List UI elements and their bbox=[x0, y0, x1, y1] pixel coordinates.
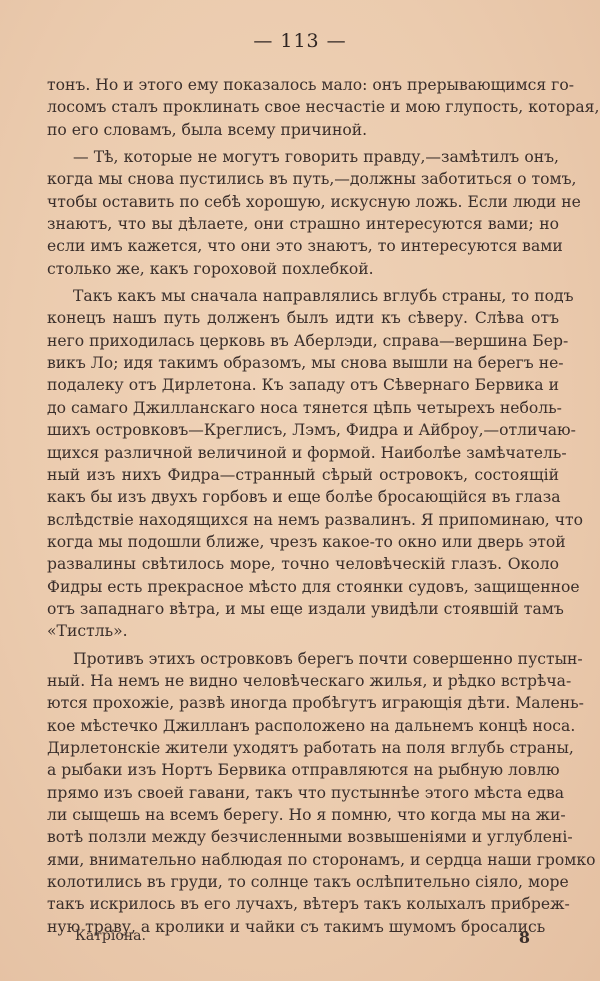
text-line: конецъ нашъ путь долженъ былъ идти къ сѣ… bbox=[47, 307, 559, 329]
text-line: развалины свѣтилось море, точно человѣче… bbox=[47, 553, 559, 575]
text-line: когда мы снова пустились въ путь,—должны… bbox=[47, 168, 559, 190]
paragraph: тонъ. Но и этого ему показалось мало: он… bbox=[47, 74, 559, 141]
text-line: прямо изъ своей гавани, такъ что пустынн… bbox=[47, 782, 559, 804]
text-line: него приходилась церковь въ Аберлэди, сп… bbox=[47, 330, 559, 352]
text-line: тонъ. Но и этого ему показалось мало: он… bbox=[47, 74, 559, 96]
paragraph: — Тѣ, которые не могутъ говорить правду,… bbox=[47, 146, 559, 280]
text-line: по его словамъ, была всему причиной. bbox=[47, 119, 559, 141]
page-number: — 113 — bbox=[0, 30, 600, 52]
text-line: вотѣ ползли между безчисленными возвышен… bbox=[47, 826, 559, 848]
text-line: такъ искрилось въ его лучахъ, вѣтеръ так… bbox=[47, 893, 559, 915]
running-title: Катріона. bbox=[75, 928, 146, 947]
signature-mark: 8 bbox=[519, 928, 530, 947]
text-line: шихъ островковъ—Креглисъ, Лэмъ, Фидра и … bbox=[47, 419, 559, 441]
text-line: подалеку отъ Дирлетона. Къ западу отъ Сѣ… bbox=[47, 374, 559, 396]
text-line: Дирлетонскіе жители уходятъ работать на … bbox=[47, 737, 559, 759]
text-line: чтобы оставить по себѣ хорошую, искусную… bbox=[47, 191, 559, 213]
text-line: лосомъ сталъ проклинать свое несчастіе и… bbox=[47, 96, 559, 118]
text-line: до самаго Джилланскаго носа тянется цѣпь… bbox=[47, 397, 559, 419]
paragraph: Такъ какъ мы сначала направлялись вглубь… bbox=[47, 285, 559, 643]
text-line: колотились въ груди, то солнце такъ ослѣ… bbox=[47, 871, 559, 893]
text-line: Фидры есть прекрасное мѣсто для стоянки … bbox=[47, 576, 559, 598]
text-line: отъ западнаго вѣтра, и мы еще издали уви… bbox=[47, 598, 559, 620]
text-line: ли сыщешь на всемъ берегу. Но я помню, ч… bbox=[47, 804, 559, 826]
body-text: тонъ. Но и этого ему показалось мало: он… bbox=[47, 74, 559, 938]
text-line: ный изъ нихъ Фидра—странный сѣрый остров… bbox=[47, 464, 559, 486]
text-line: викъ Ло; идя такимъ образомъ, мы снова в… bbox=[47, 352, 559, 374]
text-line: когда мы подошли ближе, чрезъ какое-то о… bbox=[47, 531, 559, 553]
page-footer: Катріона. 8 bbox=[75, 928, 530, 947]
text-line: ями, внимательно наблюдая по сторонамъ, … bbox=[47, 849, 559, 871]
text-line: «Тистль». bbox=[47, 620, 559, 642]
text-line: ный. На немъ не видно человѣческаго жиль… bbox=[47, 670, 559, 692]
text-line: — Тѣ, которые не могутъ говорить правду,… bbox=[47, 146, 559, 168]
text-line: Противъ этихъ островковъ берегъ почти со… bbox=[47, 648, 559, 670]
text-line: щихся различной величиной и формой. Наиб… bbox=[47, 442, 559, 464]
text-line: ются прохожіе, развѣ иногда пробѣгутъ иг… bbox=[47, 692, 559, 714]
text-line: вслѣдствіе находящихся на немъ развалинъ… bbox=[47, 509, 559, 531]
paragraph: Противъ этихъ островковъ берегъ почти со… bbox=[47, 648, 559, 938]
text-line: а рыбаки изъ Нортъ Бервика отправляются … bbox=[47, 759, 559, 781]
text-line: какъ бы изъ двухъ горбовъ и еще болѣе бр… bbox=[47, 486, 559, 508]
text-line: столько же, какъ гороховой похлебкой. bbox=[47, 258, 559, 280]
text-line: если имъ кажется, что они это знаютъ, то… bbox=[47, 235, 559, 257]
text-line: знаютъ, что вы дѣлаете, они страшно инте… bbox=[47, 213, 559, 235]
text-line: кое мѣстечко Джилланъ расположено на дал… bbox=[47, 715, 559, 737]
text-line: Такъ какъ мы сначала направлялись вглубь… bbox=[47, 285, 559, 307]
